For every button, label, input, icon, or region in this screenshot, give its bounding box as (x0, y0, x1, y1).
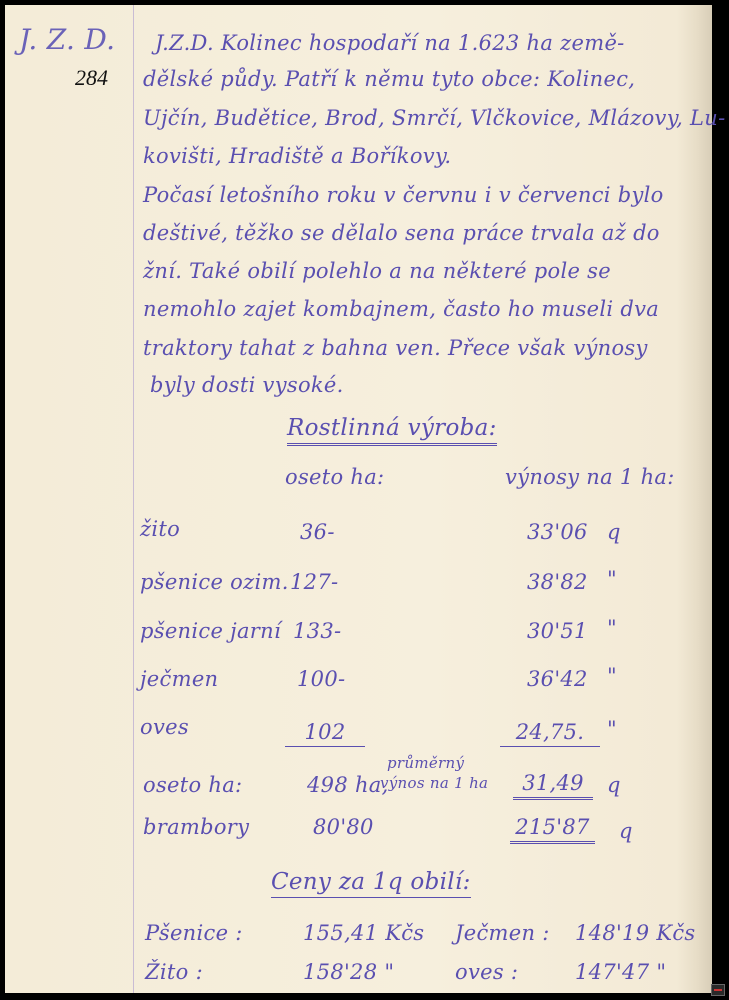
potatoes-name: brambory (143, 815, 249, 839)
crop-name: oves (140, 715, 189, 739)
average-yield: 31,49 (513, 771, 593, 800)
price-value: 148'19 Kčs (575, 921, 695, 945)
total-label: oseto ha: (143, 773, 242, 797)
prices-heading: Ceny za 1q obilí: (271, 869, 471, 898)
crop-sown: 133- (293, 619, 341, 643)
text-line: kovišti, Hradiště a Boříkovy. (143, 144, 451, 168)
crop-yield: 38'82 (527, 570, 588, 594)
text-line: deštivé, těžko se dělalo sena práce trva… (143, 221, 660, 245)
average-label-2: výnos na 1 ha (380, 775, 488, 791)
price-value: 158'28 " (303, 960, 394, 984)
text-line: dělské půdy. Patří k němu tyto obce: Kol… (143, 67, 635, 91)
crop-sown: 127- (290, 570, 338, 594)
crop-name: ječmen (140, 667, 218, 691)
crop-name: žito (140, 517, 180, 541)
crop-unit: " (607, 717, 617, 741)
margin-line (133, 5, 134, 993)
crop-name: pšenice ozim. (140, 570, 289, 594)
price-label: Žito : (145, 960, 203, 984)
price-label: oves : (455, 960, 518, 984)
text-line: Ujčín, Budětice, Brod, Smrčí, Vlčkovice,… (143, 106, 726, 130)
crop-yield: 33'06 (527, 520, 588, 544)
crop-unit: " (607, 664, 617, 688)
crop-sown: 102 (285, 720, 365, 747)
text-line: Počasí letošního roku v červnu i v červe… (143, 183, 664, 207)
crop-sown: 100- (297, 667, 345, 691)
crop-section-heading: Rostlinná výroba: (287, 415, 497, 446)
text-line: nemohlo zajet kombajnem, často ho museli… (143, 297, 659, 321)
minimize-icon[interactable] (711, 984, 725, 996)
page-number: 284 (75, 65, 108, 91)
potatoes-yield: 215'87 (510, 815, 595, 844)
crop-unit: " (607, 567, 617, 591)
crop-yield: 30'51 (527, 619, 588, 643)
crop-yield: 36'42 (527, 667, 588, 691)
scanned-page: J. Z. D. 284 J.Z.D. Kolinec hospodaří na… (5, 5, 712, 993)
price-value: 155,41 Kčs (303, 921, 424, 945)
price-value: 147'47 " (575, 960, 666, 984)
crop-unit: " (607, 616, 617, 640)
column-header-sown: oseto ha: (285, 465, 384, 489)
text-line: žní. Také obilí polehlo a na některé pol… (143, 259, 611, 283)
crop-unit: q (607, 520, 621, 544)
potatoes-sown: 80'80 (313, 815, 374, 839)
price-label: Ječmen : (455, 921, 550, 945)
margin-note: J. Z. D. (19, 23, 115, 56)
potatoes-unit: q (619, 819, 633, 843)
average-unit: q (607, 773, 621, 797)
crop-yield: 24,75. (500, 720, 600, 747)
crop-name: pšenice jarní (140, 619, 281, 643)
text-line: byly dosti vysoké. (150, 373, 344, 397)
crop-sown: 36- (300, 520, 335, 544)
price-label: Pšenice : (145, 921, 243, 945)
text-line: traktory tahat z bahna ven. Přece však v… (143, 336, 648, 360)
column-header-yield: výnosy na 1 ha: (505, 465, 675, 489)
text-line: J.Z.D. Kolinec hospodaří na 1.623 ha zem… (155, 31, 625, 55)
average-label-1: průměrný (387, 755, 464, 771)
total-sown: 498 ha, (307, 773, 389, 797)
